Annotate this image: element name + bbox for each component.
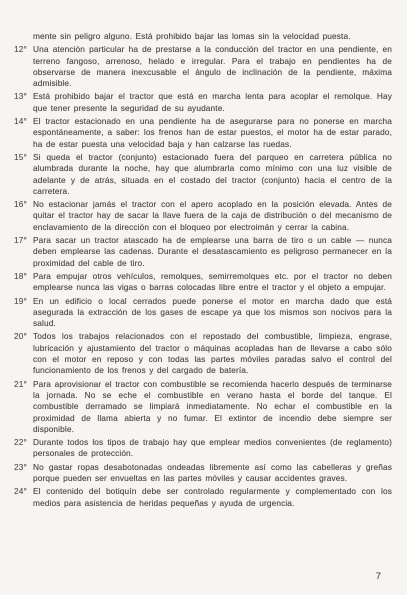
- item-text: En un edificio o local cerrados puede po…: [33, 296, 392, 330]
- list-item: 22° Durante todos los tipos de trabajo h…: [14, 437, 392, 460]
- item-text: No estacionar jamás el tractor con el ap…: [33, 199, 392, 233]
- item-number: 22°: [14, 437, 33, 460]
- list-item: 12° Una atención particular ha de presta…: [14, 44, 392, 89]
- list-item: 19° En un edificio o local cerrados pued…: [14, 296, 392, 330]
- item-text: Durante todos los tipos de trabajo hay q…: [33, 437, 392, 460]
- item-text: No gastar ropas desabotonadas ondeadas l…: [33, 462, 392, 485]
- page-number: 7: [376, 571, 381, 582]
- text-block: mente sin peligro alguno. Está prohibido…: [14, 31, 392, 511]
- list-item: 24° El contenido del botiquín debe ser c…: [14, 486, 392, 509]
- item-text: Para aprovisionar el tractor con combust…: [33, 379, 392, 435]
- list-item: 16° No estacionar jamás el tractor con e…: [14, 199, 392, 233]
- item-text: Todos los trabajos relacionados con el r…: [33, 331, 392, 376]
- item-number: 20°: [14, 331, 33, 376]
- item-number: 12°: [14, 44, 33, 89]
- paragraph-continuation: mente sin peligro alguno. Está prohibido…: [14, 31, 392, 42]
- paragraph-text: mente sin peligro alguno. Está prohibido…: [33, 31, 392, 42]
- item-number: 17°: [14, 235, 33, 269]
- item-number: 18°: [14, 271, 33, 294]
- list-item: 17° Para sacar un tractor atascado ha de…: [14, 235, 392, 269]
- item-text: Si queda el tractor (conjunto) estaciona…: [33, 152, 392, 197]
- list-item: 18° Para empujar otros vehículos, remolq…: [14, 271, 392, 294]
- item-text: El tractor estacionado en una pendiente …: [33, 116, 392, 150]
- item-number: 21°: [14, 379, 33, 435]
- list-item: 14° El tractor estacionado en una pendie…: [14, 116, 392, 150]
- item-number: 13°: [14, 91, 33, 114]
- item-text: Una atención particular ha de prestarse …: [33, 44, 392, 89]
- item-number-spacer: [14, 31, 33, 42]
- list-item: 15° Si queda el tractor (conjunto) estac…: [14, 152, 392, 197]
- list-item: 13° Está prohibido bajar el tractor que …: [14, 91, 392, 114]
- item-number: 14°: [14, 116, 33, 150]
- item-number: 24°: [14, 486, 33, 509]
- list-item: 20° Todos los trabajos relacionados con …: [14, 331, 392, 376]
- item-number: 16°: [14, 199, 33, 233]
- document-page: mente sin peligro alguno. Está prohibido…: [0, 0, 407, 595]
- item-number: 23°: [14, 462, 33, 485]
- item-number: 19°: [14, 296, 33, 330]
- item-text: El contenido del botiquín debe ser contr…: [33, 486, 392, 509]
- list-item: 21° Para aprovisionar el tractor con com…: [14, 379, 392, 435]
- list-item: 23° No gastar ropas desabotonadas ondead…: [14, 462, 392, 485]
- item-number: 15°: [14, 152, 33, 197]
- item-text: Para empujar otros vehículos, remolques,…: [33, 271, 392, 294]
- item-text: Para sacar un tractor atascado ha de emp…: [33, 235, 392, 269]
- item-text: Está prohibido bajar el tractor que está…: [33, 91, 392, 114]
